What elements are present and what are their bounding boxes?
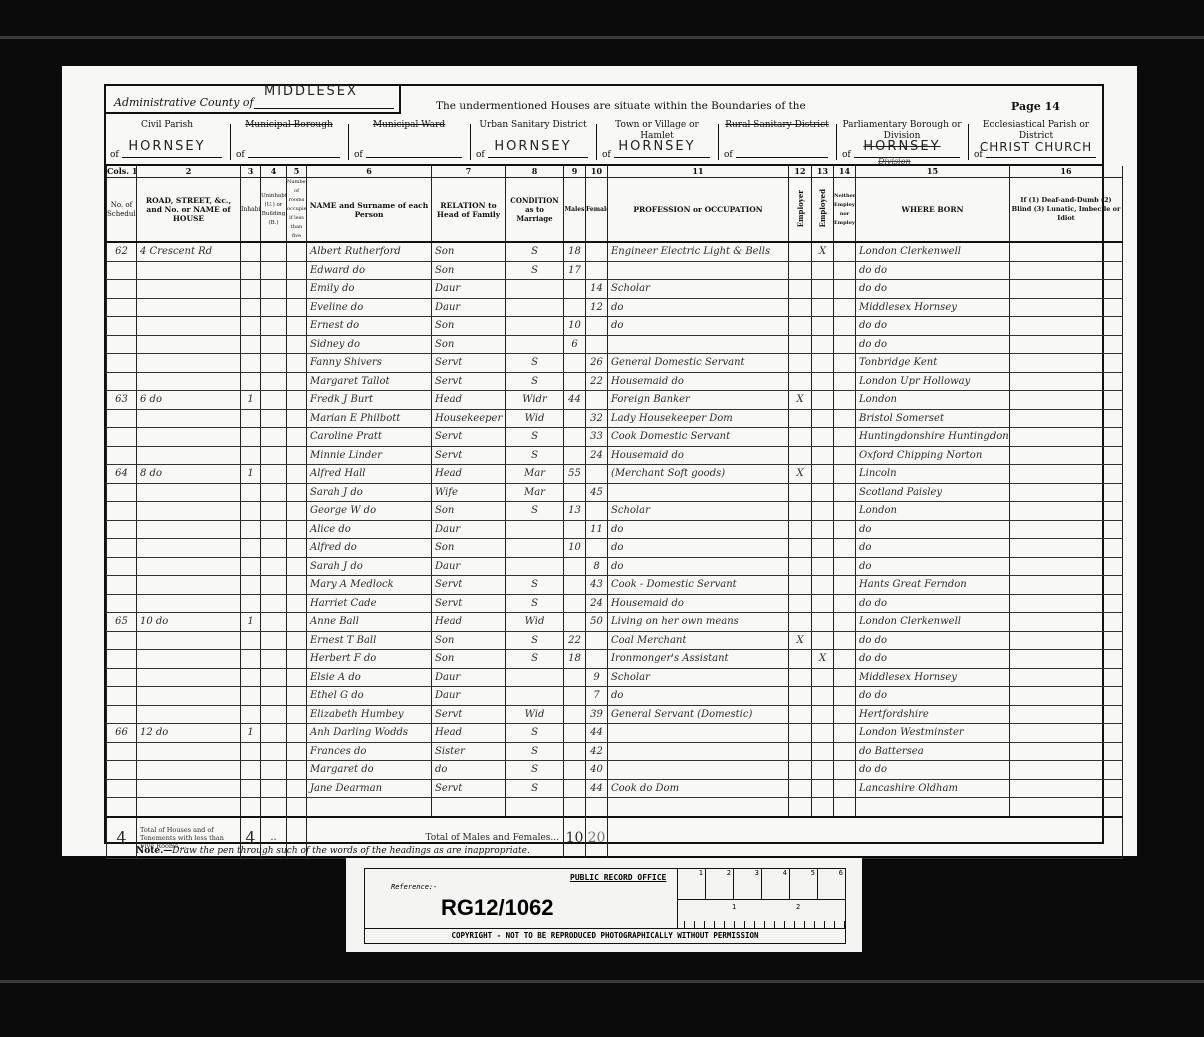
age-female-cell [586, 335, 608, 354]
heading-employed-text: Employed [818, 189, 827, 227]
age-male-cell [564, 483, 586, 502]
age-female-cell [586, 242, 608, 261]
rooms-cell [287, 280, 307, 299]
divider [968, 124, 969, 160]
birthplace-cell: do do [856, 280, 1010, 299]
table-row: Sarah J doDaur8dodo [107, 557, 1123, 576]
birthplace-cell: Middlesex Hornsey [856, 298, 1010, 317]
inhabited-cell [241, 372, 261, 391]
heading-name: NAME and Surname of each Person [307, 178, 432, 243]
address-cell: 6 do [137, 391, 241, 410]
infirmity-cell [1010, 483, 1123, 502]
name-cell: Elizabeth Humbey [307, 705, 432, 724]
schedule-cell [107, 446, 137, 465]
occupation-cell [608, 335, 789, 354]
birthplace-cell: Lincoln [856, 465, 1010, 484]
birthplace-cell: London Clerkenwell [856, 613, 1010, 632]
rooms-cell [287, 557, 307, 576]
condition-cell: S [506, 261, 564, 280]
uninhabited-cell [261, 557, 287, 576]
schedule-cell [107, 298, 137, 317]
birthplace-cell: Middlesex Hornsey [856, 668, 1010, 687]
fill-line [614, 157, 710, 158]
address-cell [137, 372, 241, 391]
infirmity-cell [1010, 761, 1123, 780]
birthplace-cell: Hants Great Ferndon [856, 576, 1010, 595]
table-row: Ernest doSon10dodo do [107, 317, 1123, 336]
fill-line [122, 157, 222, 158]
inhabited-cell [241, 502, 261, 521]
age-female-cell: 7 [586, 687, 608, 706]
division-civil-parish: Civil Parish HORNSEY of [106, 116, 228, 164]
condition-cell [506, 798, 564, 817]
heading-relation: RELATION to Head of Family [432, 178, 506, 243]
schedule-cell [107, 798, 137, 817]
age-female-cell: 43 [586, 576, 608, 595]
relation-cell: Head [432, 613, 506, 632]
rooms-cell [287, 539, 307, 558]
age-male-cell [564, 298, 586, 317]
relation-cell: Daur [432, 668, 506, 687]
schedule-cell [107, 483, 137, 502]
inhabited-cell: 1 [241, 391, 261, 410]
occupation-cell: Coal Merchant [608, 631, 789, 650]
employer-cell [789, 742, 812, 761]
rooms-cell [287, 687, 307, 706]
age-male-cell: 13 [564, 502, 586, 521]
age-female-cell: 42 [586, 742, 608, 761]
schedule-cell [107, 317, 137, 336]
relation-cell: Son [432, 631, 506, 650]
age-male-cell: 55 [564, 465, 586, 484]
occupation-cell [608, 761, 789, 780]
heading-neither: Neither Employer nor Employed [834, 178, 856, 243]
birthplace-cell: Huntingdonshire Huntingdon [856, 428, 1010, 447]
rooms-cell [287, 798, 307, 817]
table-row: Herbert F doSonS18Ironmonger's Assistant… [107, 650, 1123, 669]
table-row: Elizabeth HumbeyServtWid39General Servan… [107, 705, 1123, 724]
employed-cell [812, 613, 834, 632]
schedule-cell: 66 [107, 724, 137, 743]
infirmity-cell [1010, 317, 1123, 336]
fill-line [986, 157, 1096, 158]
address-cell [137, 280, 241, 299]
name-cell: Alfred Hall [307, 465, 432, 484]
age-female-cell: 33 [586, 428, 608, 447]
age-female-cell: 8 [586, 557, 608, 576]
occupation-cell: Engineer Electric Light & Bells [608, 242, 789, 261]
condition-cell: S [506, 761, 564, 780]
divider [470, 124, 471, 160]
uninhabited-cell [261, 742, 287, 761]
uninhabited-cell [261, 779, 287, 798]
occupation-cell: (Merchant Soft goods) [608, 465, 789, 484]
address-cell [137, 650, 241, 669]
infirmity-cell [1010, 594, 1123, 613]
schedule-cell [107, 650, 137, 669]
table-row: Eveline doDaur12doMiddlesex Hornsey [107, 298, 1123, 317]
employed-cell [812, 687, 834, 706]
age-female-cell: 44 [586, 724, 608, 743]
age-female-cell: 24 [586, 446, 608, 465]
rooms-cell [287, 779, 307, 798]
occupation-cell: Ironmonger's Assistant [608, 650, 789, 669]
division-title: Urban Sanitary District [472, 120, 594, 131]
age-female-cell: 24 [586, 594, 608, 613]
neither-cell [834, 650, 856, 669]
film-scan-stripe [0, 980, 1204, 983]
birthplace-cell: do do [856, 335, 1010, 354]
of-label: of [110, 150, 119, 160]
table-row: Sarah J doWifeMar45Scotland Paisley [107, 483, 1123, 502]
uninhabited-cell [261, 280, 287, 299]
inhabited-cell [241, 483, 261, 502]
address-cell [137, 539, 241, 558]
address-cell [137, 761, 241, 780]
age-male-cell [564, 576, 586, 595]
column-heading-row: No. of Schedule ROAD, STREET, &c., and N… [107, 178, 1123, 243]
condition-cell [506, 298, 564, 317]
heading-employer: Employer [789, 178, 812, 243]
table-row: Jane DearmanServtS44Cook do DomLancashir… [107, 779, 1123, 798]
uninhabited-cell [261, 261, 287, 280]
name-cell: Fredk J Burt [307, 391, 432, 410]
division-parliamentary: Parliamentary Borough or Division HORNSE… [838, 116, 966, 164]
employed-cell [812, 428, 834, 447]
name-cell: Alfred do [307, 539, 432, 558]
neither-cell [834, 724, 856, 743]
infirmity-cell [1010, 465, 1123, 484]
neither-cell [834, 520, 856, 539]
heading-occupation: PROFESSION or OCCUPATION [608, 178, 789, 243]
stamp-box: PUBLIC RECORD OFFICE Reference:- RG12/10… [364, 868, 846, 944]
infirmity-cell [1010, 354, 1123, 373]
reference-label: Reference:- [391, 883, 437, 891]
inhabited-cell [241, 335, 261, 354]
employer-cell [789, 335, 812, 354]
heading-schedule: No. of Schedule [107, 178, 137, 243]
occupation-cell: Living on her own means [608, 613, 789, 632]
age-male-cell [564, 354, 586, 373]
occupation-cell: do [608, 687, 789, 706]
name-cell: Margaret Tallot [307, 372, 432, 391]
employed-cell [812, 298, 834, 317]
address-cell [137, 668, 241, 687]
relation-cell: Sister [432, 742, 506, 761]
address-cell [137, 502, 241, 521]
table-row: Caroline PrattServtS33Cook Domestic Serv… [107, 428, 1123, 447]
infirmity-cell [1010, 446, 1123, 465]
boundary-divisions: Civil Parish HORNSEY of Municipal Boroug… [106, 116, 1102, 166]
uninhabited-cell [261, 576, 287, 595]
birthplace-cell: do Battersea [856, 742, 1010, 761]
address-cell [137, 779, 241, 798]
employed-cell [812, 779, 834, 798]
occupation-cell: do [608, 539, 789, 558]
name-cell: George W do [307, 502, 432, 521]
boundaries-heading: The undermentioned Houses are situate wi… [436, 100, 806, 112]
ruler-mark: 1 [678, 869, 706, 899]
table-row [107, 798, 1123, 817]
age-male-cell [564, 613, 586, 632]
infirmity-cell [1010, 705, 1123, 724]
col-num: 11 [608, 166, 789, 178]
address-cell [137, 520, 241, 539]
rooms-cell [287, 372, 307, 391]
schedule-cell [107, 539, 137, 558]
neither-cell [834, 687, 856, 706]
table-row: George W doSonS13ScholarLondon [107, 502, 1123, 521]
total-males: 10 [564, 817, 586, 859]
occupation-cell: Cook do Dom [608, 779, 789, 798]
inhabited-cell [241, 354, 261, 373]
table-row: Minnie LinderServtS24Housemaid doOxford … [107, 446, 1123, 465]
division-title: Ecclesiastical Parish or District [970, 120, 1102, 142]
census-form: Administrative County of MIDDLESEX The u… [104, 84, 1104, 844]
employed-cell [812, 354, 834, 373]
col-num: 15 [856, 166, 1010, 178]
employer-cell [789, 650, 812, 669]
age-female-cell: 22 [586, 372, 608, 391]
uninhabited-cell [261, 520, 287, 539]
inhabited-cell [241, 742, 261, 761]
inhabited-cell [241, 520, 261, 539]
relation-cell: Head [432, 724, 506, 743]
employer-cell [789, 280, 812, 299]
condition-cell: S [506, 446, 564, 465]
infirmity-cell [1010, 428, 1123, 447]
heading-infirmity: If (1) Deaf-and-Dumb (2) Blind (3) Lunat… [1010, 178, 1123, 243]
inhabited-cell [241, 557, 261, 576]
employed-cell: X [812, 650, 834, 669]
infirmity-cell [1010, 631, 1123, 650]
age-male-cell: 18 [564, 242, 586, 261]
col-num: 3 [241, 166, 261, 178]
fill-line [488, 157, 588, 158]
relation-cell: Daur [432, 298, 506, 317]
heading-age-males: Males [564, 178, 586, 243]
heading-inhabited: Inhabited [241, 178, 261, 243]
inhabited-cell [241, 705, 261, 724]
occupation-cell [608, 742, 789, 761]
uninhabited-cell [261, 687, 287, 706]
name-cell [307, 798, 432, 817]
age-male-cell: 17 [564, 261, 586, 280]
col-num: 9 [564, 166, 586, 178]
relation-cell: Son [432, 317, 506, 336]
condition-cell [506, 668, 564, 687]
relation-cell: Daur [432, 557, 506, 576]
census-table: Cols. 1 2 3 4 5 6 7 8 9 10 11 12 13 14 1… [106, 166, 1123, 859]
heading-employed: Employed [812, 178, 834, 243]
infirmity-cell [1010, 613, 1123, 632]
neither-cell [834, 335, 856, 354]
address-cell [137, 409, 241, 428]
inhabited-cell [241, 761, 261, 780]
schedule-cell [107, 705, 137, 724]
table-row: Margaret dodoS40do do [107, 761, 1123, 780]
condition-cell: Wid [506, 705, 564, 724]
age-female-cell [586, 631, 608, 650]
name-cell: Ernest T Ball [307, 631, 432, 650]
occupation-cell: General Servant (Domestic) [608, 705, 789, 724]
name-cell: Anh Darling Wodds [307, 724, 432, 743]
employer-cell [789, 687, 812, 706]
table-row: 6510 do1Anne BallHeadWid50Living on her … [107, 613, 1123, 632]
uninhabited-cell [261, 465, 287, 484]
rooms-cell [287, 742, 307, 761]
birthplace-cell: do do [856, 631, 1010, 650]
census-rows: 624 Crescent RdAlbert RutherfordSonS18En… [107, 242, 1123, 817]
neither-cell [834, 446, 856, 465]
condition-cell [506, 317, 564, 336]
age-female-cell: 40 [586, 761, 608, 780]
rooms-cell [287, 650, 307, 669]
condition-cell: Wid [506, 409, 564, 428]
age-female-cell: 50 [586, 613, 608, 632]
infirmity-cell [1010, 335, 1123, 354]
age-female-cell [586, 539, 608, 558]
age-female-cell: 14 [586, 280, 608, 299]
age-male-cell: 10 [564, 317, 586, 336]
note: Note.—Draw the pen through such of the w… [136, 846, 530, 856]
infirmity-cell [1010, 576, 1123, 595]
uninhabited-cell [261, 650, 287, 669]
administrative-county: Administrative County of MIDDLESEX [106, 86, 401, 114]
age-female-cell: 39 [586, 705, 608, 724]
col-num: 8 [506, 166, 564, 178]
schedule-cell [107, 372, 137, 391]
note-text: Draw the pen through such of the words o… [172, 846, 530, 856]
table-row: Ernest T BallSonS22Coal MerchantXdo do [107, 631, 1123, 650]
rooms-cell [287, 446, 307, 465]
rooms-cell [287, 576, 307, 595]
condition-cell: S [506, 631, 564, 650]
address-cell [137, 317, 241, 336]
uninhabited-cell [261, 705, 287, 724]
age-female-cell [586, 650, 608, 669]
uninhabited-cell [261, 335, 287, 354]
inhabited-cell [241, 261, 261, 280]
table-row: Ethel G doDaur7dodo do [107, 687, 1123, 706]
occupation-cell [608, 798, 789, 817]
fill-line [366, 157, 462, 158]
schedule-cell [107, 594, 137, 613]
uninhabited-cell [261, 354, 287, 373]
uninhabited-cell [261, 409, 287, 428]
employer-cell [789, 779, 812, 798]
employed-cell [812, 724, 834, 743]
total-schedules: 4 [107, 817, 137, 859]
occupation-cell [608, 724, 789, 743]
age-male-cell [564, 409, 586, 428]
birthplace-cell: Tonbridge Kent [856, 354, 1010, 373]
employer-cell [789, 317, 812, 336]
neither-cell [834, 242, 856, 261]
employed-cell [812, 465, 834, 484]
schedule-cell [107, 557, 137, 576]
division-town-village: Town or Village or Hamlet HORNSEY of [598, 116, 716, 164]
heading-where-born: WHERE BORN [856, 178, 1010, 243]
employed-cell [812, 742, 834, 761]
employed-cell [812, 280, 834, 299]
relation-cell: Servt [432, 354, 506, 373]
uninhabited-cell [261, 372, 287, 391]
age-male-cell [564, 520, 586, 539]
employer-cell [789, 539, 812, 558]
address-cell [137, 483, 241, 502]
division-urban-sanitary: Urban Sanitary District HORNSEY of [472, 116, 594, 164]
table-row: Alice doDaur11dodo [107, 520, 1123, 539]
division-value: HORNSEY [838, 139, 966, 154]
birthplace-cell: do do [856, 650, 1010, 669]
neither-cell [834, 613, 856, 632]
division-title: Civil Parish [106, 120, 228, 131]
employer-cell [789, 428, 812, 447]
condition-cell: S [506, 372, 564, 391]
uninhabited-cell [261, 317, 287, 336]
employer-cell [789, 446, 812, 465]
rooms-cell [287, 502, 307, 521]
employer-cell: X [789, 631, 812, 650]
employer-cell [789, 557, 812, 576]
employer-cell [789, 261, 812, 280]
inhabited-cell [241, 576, 261, 595]
birthplace-cell: London Clerkenwell [856, 242, 1010, 261]
col-num: 16 [1010, 166, 1123, 178]
condition-cell [506, 539, 564, 558]
division-rural-sanitary: Rural Sanitary District of [720, 116, 834, 164]
condition-cell: S [506, 742, 564, 761]
infirmity-cell [1010, 280, 1123, 299]
employer-cell [789, 798, 812, 817]
occupation-cell: Cook Domestic Servant [608, 428, 789, 447]
neither-cell [834, 465, 856, 484]
relation-cell: Servt [432, 446, 506, 465]
neither-cell [834, 428, 856, 447]
schedule-cell [107, 409, 137, 428]
reference-number: RG12/1062 [441, 895, 554, 921]
copyright-notice: COPYRIGHT - NOT TO BE REPRODUCED PHOTOGR… [365, 928, 845, 943]
uninhabited-cell [261, 242, 287, 261]
heading-rooms: Number of rooms occupied if less than fi… [287, 178, 307, 243]
relation-cell: Son [432, 335, 506, 354]
employer-cell [789, 761, 812, 780]
name-cell: Jane Dearman [307, 779, 432, 798]
heading-age-females: Females [586, 178, 608, 243]
age-male-cell [564, 779, 586, 798]
division-value: HORNSEY [598, 139, 716, 154]
rooms-cell [287, 761, 307, 780]
schedule-cell [107, 742, 137, 761]
neither-cell [834, 261, 856, 280]
age-male-cell: 10 [564, 539, 586, 558]
age-female-cell [586, 798, 608, 817]
birthplace-cell: do do [856, 317, 1010, 336]
pro-reference-stamp: PUBLIC RECORD OFFICE Reference:- RG12/10… [346, 858, 862, 952]
address-cell [137, 557, 241, 576]
employed-cell: X [812, 242, 834, 261]
relation-cell: Son [432, 261, 506, 280]
name-cell: Harriet Cade [307, 594, 432, 613]
rooms-cell [287, 298, 307, 317]
condition-cell: S [506, 576, 564, 595]
birthplace-cell: London [856, 391, 1010, 410]
ruler-inches: 1 2 3 4 5 6 [678, 869, 846, 900]
ruler-mark: 5 [790, 869, 818, 899]
name-cell: Ernest do [307, 317, 432, 336]
employed-cell [812, 594, 834, 613]
